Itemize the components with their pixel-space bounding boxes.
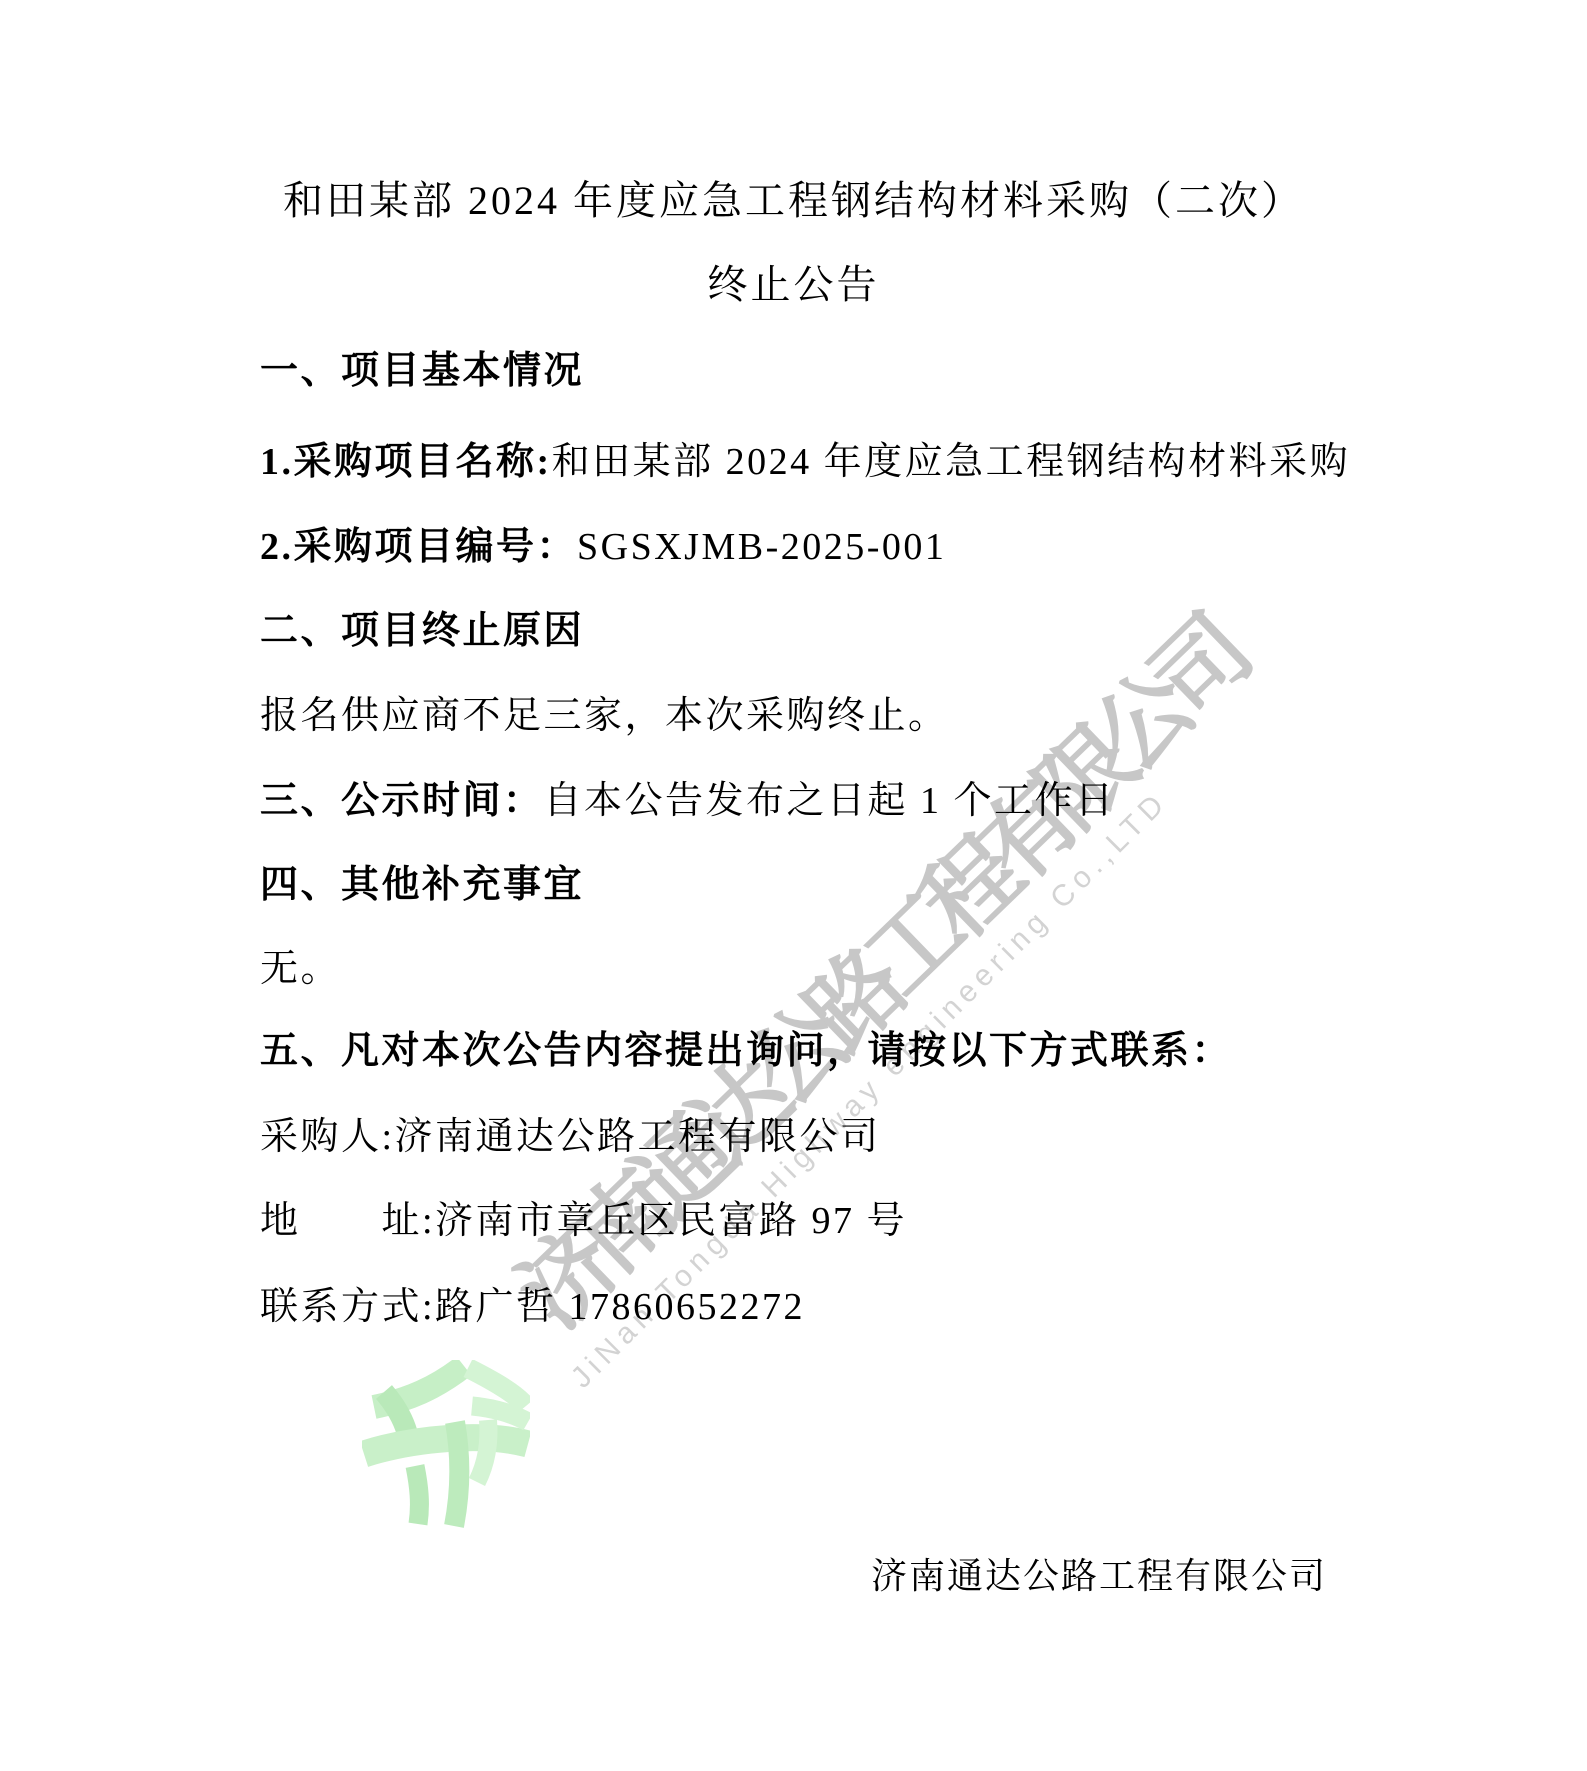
company-logo-icon	[362, 1360, 530, 1528]
section-heading-5: 五、凡对本次公告内容提出询问，请按以下方式联系：	[260, 1030, 1232, 1074]
paragraph-text: 地 址:济南市章丘区民富路 97 号	[260, 1200, 907, 1242]
paragraph-text: 报名供应商不足三家，本次采购终止。	[260, 695, 949, 737]
paragraph-label: 二、项目终止原因	[260, 610, 584, 652]
section-heading-3: 三、公示时间：自本公告发布之日起 1 个工作日	[260, 780, 1116, 824]
paragraph-text: 采购人:济南通达公路工程有限公司	[260, 1116, 881, 1158]
paragraph-text: 联系方式:路广哲 17860652272	[260, 1286, 805, 1328]
document-page: 济南通达公路工程有限公司 JiNan Tongda Highway engine…	[0, 0, 1587, 1771]
paragraph-label: 2.采购项目编号：	[260, 526, 577, 568]
paragraph-text: 自本公告发布之日起 1 个工作日	[544, 780, 1116, 822]
paragraph-label: 五、凡对本次公告内容提出询问，请按以下方式联系：	[260, 1030, 1232, 1072]
contact-line: 联系方式:路广哲 17860652272	[260, 1286, 805, 1330]
doc-title: 和田某部 2024 年度应急工程钢结构材料采购（二次）	[0, 178, 1587, 224]
paragraph-label: 四、其他补充事宜	[260, 864, 584, 906]
paragraph-label: 1.采购项目名称:	[260, 441, 552, 483]
paragraph-label: 一、项目基本情况	[260, 350, 584, 392]
doc-subtitle: 终止公告	[0, 262, 1587, 308]
section-heading-4: 四、其他补充事宜	[260, 864, 584, 908]
termination-reason-text: 报名供应商不足三家，本次采购终止。	[260, 695, 949, 739]
section-heading-1: 一、项目基本情况	[260, 350, 584, 394]
paragraph-label: 三、公示时间：	[260, 780, 544, 822]
paragraph-text: SGSXJMB-2025-001	[577, 526, 946, 568]
company-signature: 济南通达公路工程有限公司	[871, 1548, 1327, 1599]
item-project-name: 1.采购项目名称:和田某部 2024 年度应急工程钢结构材料采购	[260, 441, 1350, 485]
paragraph-text: 和田某部 2024 年度应急工程钢结构材料采购	[552, 441, 1351, 483]
company-logo-graphic	[362, 1360, 530, 1528]
paragraph-text: 无。	[260, 948, 341, 990]
purchaser-line: 采购人:济南通达公路工程有限公司	[260, 1116, 881, 1160]
address-line: 地 址:济南市章丘区民富路 97 号	[260, 1200, 907, 1244]
item-project-number: 2.采购项目编号：SGSXJMB-2025-001	[260, 526, 946, 570]
section-heading-2: 二、项目终止原因	[260, 610, 584, 654]
none-text: 无。	[260, 948, 341, 992]
